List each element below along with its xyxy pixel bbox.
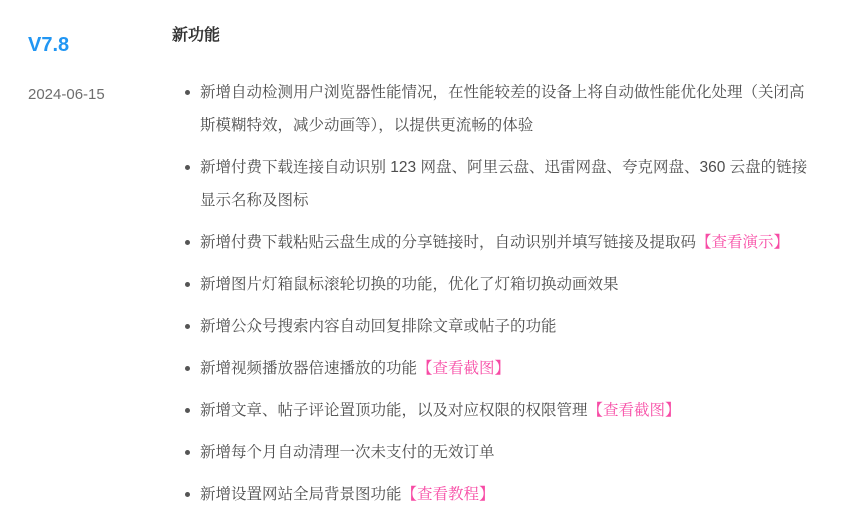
feature-item: 新增付费下载连接自动识别 123 网盘、阿里云盘、迅雷网盘、夸克网盘、360 云… — [200, 151, 815, 217]
feature-text: 新增视频播放器倍速播放的功能 — [200, 360, 417, 377]
feature-text: 新增设置网站全局背景图功能 — [200, 486, 402, 503]
feature-text: 新增付费下载连接自动识别 123 网盘、阿里云盘、迅雷网盘、夸克网盘、360 云… — [200, 159, 807, 209]
feature-list: 新增自动检测用户浏览器性能情况，在性能较差的设备上将自动做性能优化处理（关闭高斯… — [172, 76, 815, 511]
feature-item: 新增付费下载粘贴云盘生成的分享链接时，自动识别并填写链接及提取码【查看演示】 — [200, 226, 815, 259]
feature-text: 新增自动检测用户浏览器性能情况，在性能较差的设备上将自动做性能优化处理（关闭高斯… — [200, 84, 805, 134]
feature-item: 新增每个月自动清理一次未支付的无效订单 — [200, 436, 815, 469]
version-column: V7.8 2024-06-15 — [28, 34, 158, 104]
changelog-content: 新功能 新增自动检测用户浏览器性能情况，在性能较差的设备上将自动做性能优化处理（… — [172, 26, 815, 516]
view-demo-link[interactable]: 【查看演示】 — [696, 234, 789, 251]
feature-text: 新增公众号搜索内容自动回复排除文章或帖子的功能 — [200, 318, 557, 335]
view-screenshot-link-2[interactable]: 【查看截图】 — [588, 402, 681, 419]
version-label: V7.8 — [28, 34, 158, 57]
changelog-page: V7.8 2024-06-15 新功能 新增自动检测用户浏览器性能情况，在性能较… — [0, 0, 843, 516]
release-date: 2024-06-15 — [28, 86, 158, 104]
feature-item: 新增自动检测用户浏览器性能情况，在性能较差的设备上将自动做性能优化处理（关闭高斯… — [200, 76, 815, 142]
view-tutorial-link[interactable]: 【查看教程】 — [402, 486, 495, 503]
feature-text: 新增图片灯箱鼠标滚轮切换的功能，优化了灯箱切换动画效果 — [200, 276, 619, 293]
feature-text: 新增文章、帖子评论置顶功能，以及对应权限的权限管理 — [200, 402, 588, 419]
feature-item: 新增设置网站全局背景图功能【查看教程】 — [200, 478, 815, 511]
feature-text: 新增每个月自动清理一次未支付的无效订单 — [200, 444, 495, 461]
feature-item: 新增文章、帖子评论置顶功能，以及对应权限的权限管理【查看截图】 — [200, 394, 815, 427]
view-screenshot-link[interactable]: 【查看截图】 — [417, 360, 510, 377]
feature-item: 新增视频播放器倍速播放的功能【查看截图】 — [200, 352, 815, 385]
feature-item: 新增公众号搜索内容自动回复排除文章或帖子的功能 — [200, 310, 815, 343]
section-title: 新功能 — [172, 26, 815, 46]
feature-text: 新增付费下载粘贴云盘生成的分享链接时，自动识别并填写链接及提取码 — [200, 234, 696, 251]
feature-item: 新增图片灯箱鼠标滚轮切换的功能，优化了灯箱切换动画效果 — [200, 268, 815, 301]
